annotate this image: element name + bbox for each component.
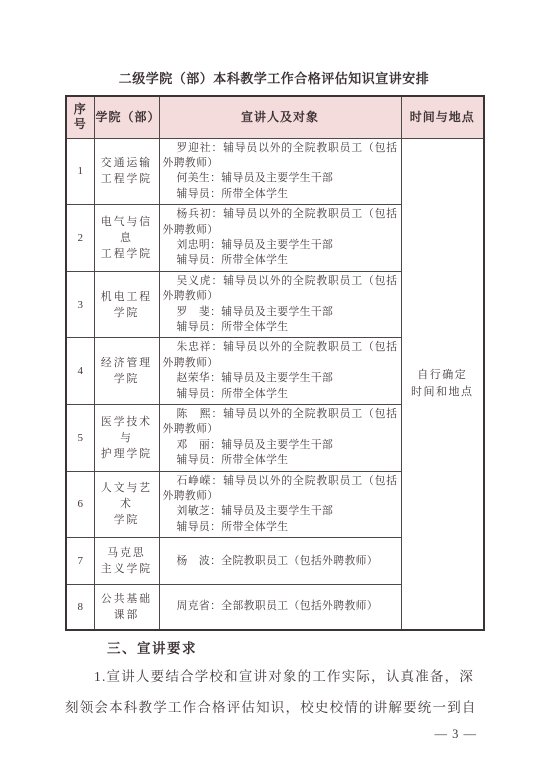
speaker-line: 辅导员：所带全体学生 bbox=[163, 387, 398, 402]
college-cell: 人文与艺术 学院 bbox=[94, 471, 159, 538]
college-cell: 医学技术与 护理学院 bbox=[94, 405, 159, 472]
speaker-line: 杨兵初：辅导员以外的全院教职员工（包括外聘教师） bbox=[163, 207, 398, 238]
col-header-number: 序 号 bbox=[66, 96, 94, 138]
speakers-cell: 杨 波：全院教职员工（包括外聘教师） bbox=[159, 538, 401, 585]
speaker-line: 辅导员：所带全体学生 bbox=[163, 253, 398, 268]
speakers-cell: 朱忠祥：辅导员以外的全院教职员工（包括外聘教师） 赵荣华：辅导员及主要学生干部 … bbox=[159, 338, 401, 405]
speakers-cell: 周克省：全部教职员工（包括外聘教师） bbox=[159, 585, 401, 630]
speaker-line: 朱忠祥：辅导员以外的全院教职员工（包括外聘教师） bbox=[163, 340, 398, 371]
speaker-line: 辅导员：所带全体学生 bbox=[163, 187, 398, 202]
row-number-cell: 3 bbox=[66, 271, 94, 338]
speaker-line: 辅导员：所带全体学生 bbox=[163, 453, 398, 468]
speaker-line: 何美生：辅导员及主要学生干部 bbox=[163, 171, 398, 186]
row-number-cell: 1 bbox=[66, 138, 94, 205]
speaker-line: 刘忠明：辅导员及主要学生干部 bbox=[163, 238, 398, 253]
speaker-line: 罗迎社：辅导员以外的全院教职员工（包括外聘教师） bbox=[163, 141, 398, 172]
row-number-cell: 2 bbox=[66, 205, 94, 272]
college-cell: 机电工程 学院 bbox=[94, 271, 159, 338]
college-cell: 经济管理 学院 bbox=[94, 338, 159, 405]
row-number-cell: 5 bbox=[66, 405, 94, 472]
speaker-line: 辅导员：所带全体学生 bbox=[163, 320, 398, 335]
speaker-line: 石峥嵘：辅导员以外的全院教职员工（包括外聘教师） bbox=[163, 474, 398, 505]
row-number-cell: 7 bbox=[66, 538, 94, 585]
speakers-cell: 陈 熙：辅导员以外的全院教职员工（包括外聘教师） 邓 丽：辅导员及主要学生干部 … bbox=[159, 405, 401, 472]
row-number-cell: 4 bbox=[66, 338, 94, 405]
college-cell: 马克思 主义学院 bbox=[94, 538, 159, 585]
college-cell: 公共基础 课部 bbox=[94, 585, 159, 630]
col-header-college: 学院（部） bbox=[94, 96, 159, 138]
schedule-table: 序 号 学院（部） 宣讲人及对象 时间与地点 1 交通运输 工程学院 罗迎社：辅… bbox=[65, 95, 485, 631]
row-number-cell: 6 bbox=[66, 471, 94, 538]
document-title: 二级学院（部）本科教学工作合格评估知识宣讲安排 bbox=[0, 68, 548, 87]
speakers-cell: 石峥嵘：辅导员以外的全院教职员工（包括外聘教师） 刘敏芝：辅导员及主要学生干部 … bbox=[159, 471, 401, 538]
speakers-cell: 杨兵初：辅导员以外的全院教职员工（包括外聘教师） 刘忠明：辅导员及主要学生干部 … bbox=[159, 205, 401, 272]
col-header-speakers: 宣讲人及对象 bbox=[159, 96, 401, 138]
document-page: 二级学院（部）本科教学工作合格评估知识宣讲安排 序 号 学院（部） 宣讲人及对象… bbox=[0, 0, 548, 781]
speaker-line: 周克省：全部教职员工（包括外聘教师） bbox=[163, 599, 398, 614]
speaker-line: 杨 波：全院教职员工（包括外聘教师） bbox=[163, 554, 398, 569]
speaker-line: 刘敏芝：辅导员及主要学生干部 bbox=[163, 504, 398, 519]
speakers-cell: 罗迎社：辅导员以外的全院教职员工（包括外聘教师） 何美生：辅导员及主要学生干部 … bbox=[159, 138, 401, 205]
speaker-line: 邓 丽：辅导员及主要学生干部 bbox=[163, 438, 398, 453]
speaker-line: 吴义虎：辅导员以外的全院教职员工（包括外聘教师） bbox=[163, 274, 398, 305]
college-cell: 电气与信息 工程学院 bbox=[94, 205, 159, 272]
row-number-cell: 8 bbox=[66, 585, 94, 630]
paragraph-line-1: 1.宣讲人要结合学校和宣讲对象的工作实际，认真准备，深 bbox=[65, 661, 482, 692]
paragraph-line-2: 刻领会本科教学工作合格评估知识，校史校情的讲解要统一到自 bbox=[65, 692, 482, 723]
speaker-line: 罗 斐：辅导员及主要学生干部 bbox=[163, 305, 398, 320]
speaker-line: 赵荣华：辅导员及主要学生干部 bbox=[163, 371, 398, 386]
speakers-cell: 吴义虎：辅导员以外的全院教职员工（包括外聘教师） 罗 斐：辅导员及主要学生干部 … bbox=[159, 271, 401, 338]
table-header: 序 号 学院（部） 宣讲人及对象 时间与地点 bbox=[66, 96, 484, 138]
college-cell: 交通运输 工程学院 bbox=[94, 138, 159, 205]
header-row: 序 号 学院（部） 宣讲人及对象 时间与地点 bbox=[66, 96, 484, 138]
col-header-time-place: 时间与地点 bbox=[401, 96, 484, 138]
speaker-line: 辅导员：所带全体学生 bbox=[163, 520, 398, 535]
speaker-line: 陈 熙：辅导员以外的全院教职员工（包括外聘教师） bbox=[163, 407, 398, 438]
body-paragraph: 1.宣讲人要结合学校和宣讲对象的工作实际，认真准备，深 刻领会本科教学工作合格评… bbox=[65, 661, 482, 723]
section-heading: 三、宣讲要求 bbox=[107, 637, 197, 657]
page-number: — 3 — bbox=[435, 727, 478, 742]
table-row: 1 交通运输 工程学院 罗迎社：辅导员以外的全院教职员工（包括外聘教师） 何美生… bbox=[66, 138, 484, 205]
time-place-cell: 自行确定 时间和地点 bbox=[401, 138, 484, 630]
